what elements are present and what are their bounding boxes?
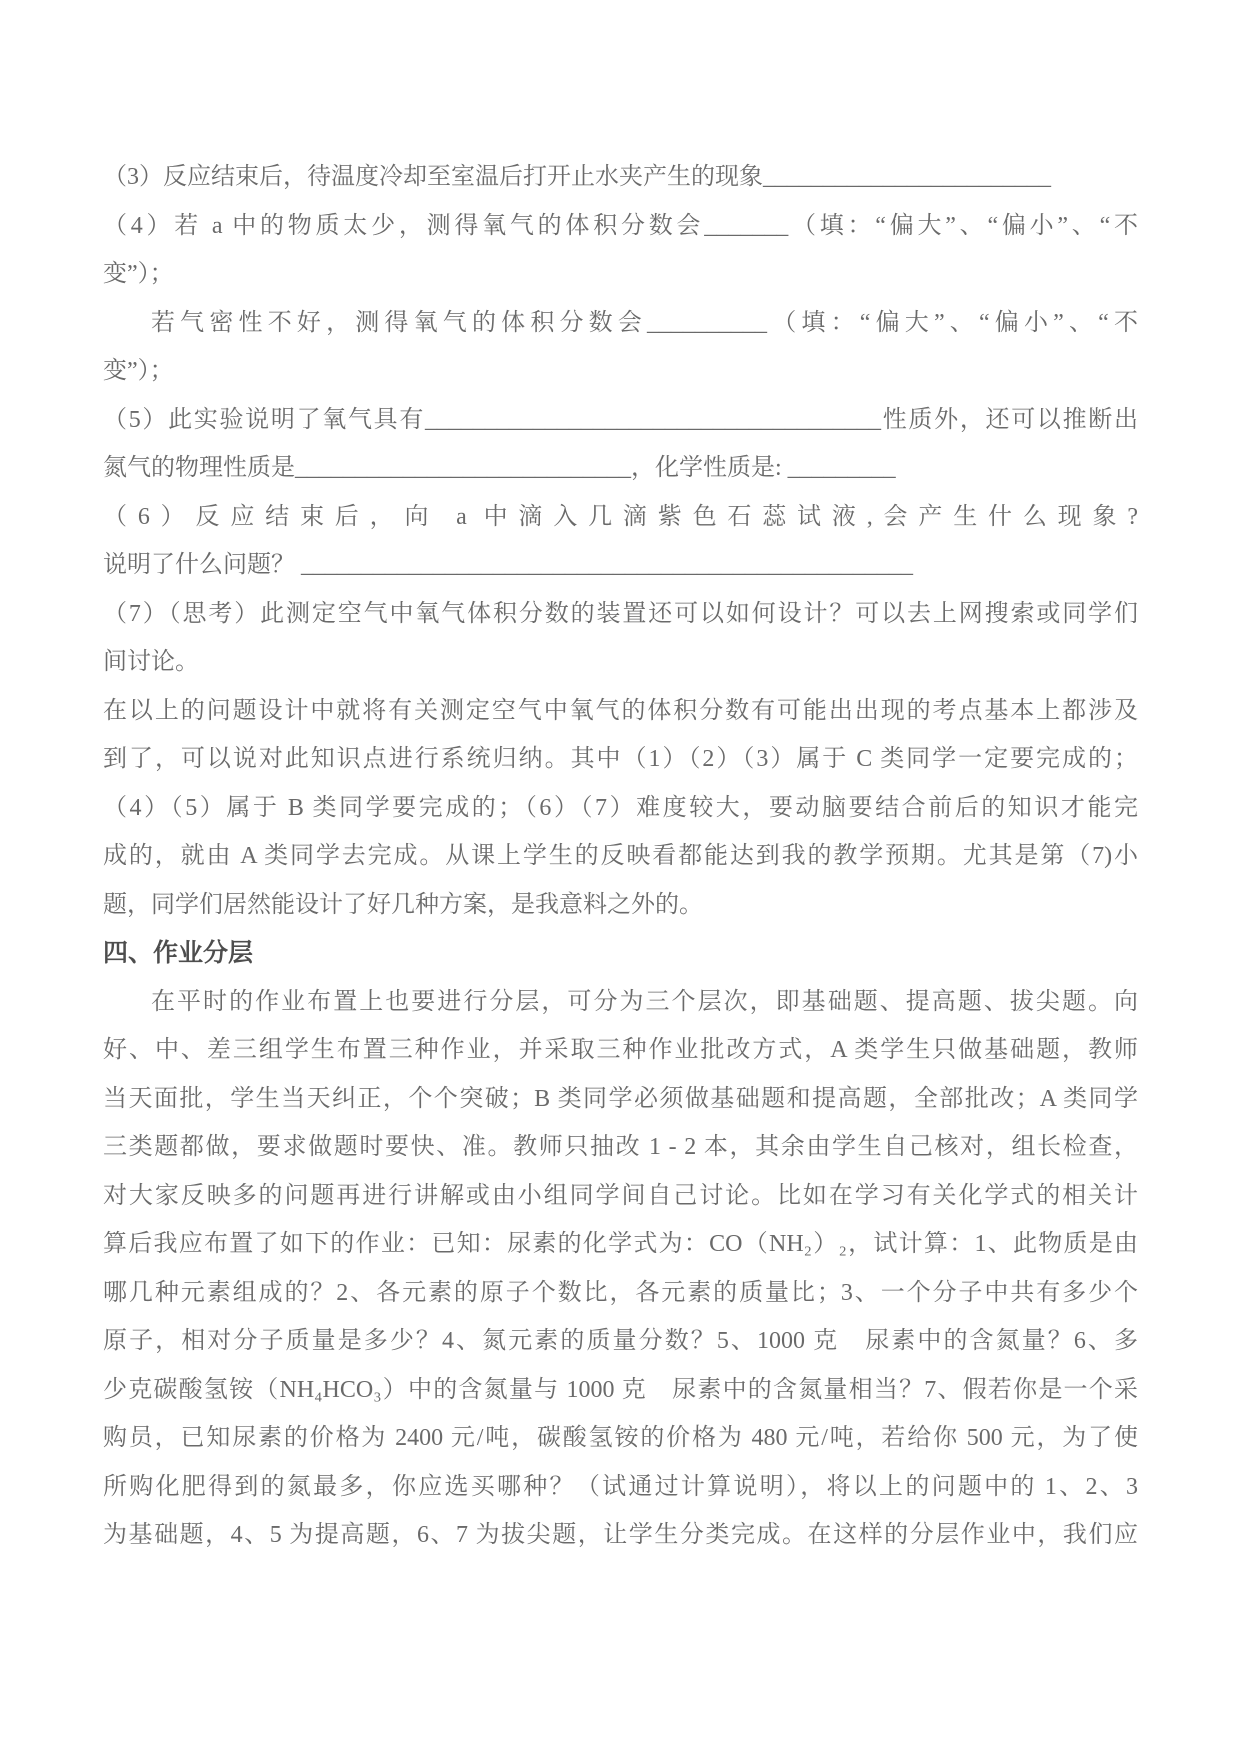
text-line: 三类题都做，要求做题时要快、准。教师只抽改 1 - 2 本，其余由学生自己核对，… — [103, 1123, 1138, 1172]
text-line: 当天面批，学生当天纠正，个个突破；B 类同学必须做基础题和提高题，全部批改；A … — [103, 1075, 1138, 1124]
text-line: 为基础题，4、5 为提高题，6、7 为拔尖题，让学生分类完成。在这样的分层作业中… — [103, 1511, 1138, 1560]
text-line: （4）（5）属于 B 类同学要完成的；（6）（7）难度较大，要动脑要结合前后的知… — [103, 784, 1138, 833]
text-line: 算后我应布置了如下的作业：已知：尿素的化学式为：CO（NH₂）₂，试计算：1、此… — [103, 1220, 1138, 1269]
text-line: 题，同学们居然能设计了好几种方案，是我意料之外的。 — [103, 881, 1138, 930]
text-line: 在平时的作业布置上也要进行分层，可分为三个层次，即基础题、提高题、拔尖题。向 — [103, 978, 1138, 1027]
document-content: （3）反应结束后，待温度冷却至室温后打开止水夹产生的现象____________… — [103, 153, 1138, 1560]
text-line: 成的，就由 A 类同学去完成。从课上学生的反映看都能达到我的教学预期。尤其是第（… — [103, 832, 1138, 881]
text-line: （5）此实验说明了氧气具有___________________________… — [103, 396, 1138, 445]
text-line: 在以上的问题设计中就将有关测定空气中氧气的体积分数有可能出出现的考点基本上都涉及 — [103, 687, 1138, 736]
text-line: 所购化肥得到的氮最多，你应选买哪种？（试通过计算说明），将以上的问题中的 1、2… — [103, 1463, 1138, 1512]
text-line: （4）若 a 中的物质太少，测得氧气的体积分数会_______（填：“偏大”、“… — [103, 202, 1138, 251]
text-line: 到了，可以说对此知识点进行系统归纳。其中（1）（2）（3）属于 C 类同学一定要… — [103, 735, 1138, 784]
text-line: 若气密性不好，测得氧气的体积分数会__________（填：“偏大”、“偏小”、… — [103, 299, 1138, 348]
text-line: 好、中、差三组学生布置三种作业，并采取三种作业批改方式，A 类学生只做基础题，教… — [103, 1026, 1138, 1075]
text-line: 少克碳酸氢铵（NH₄HCO₃）中的含氮量与 1000 克 尿素中的含氮量相当？7… — [103, 1366, 1138, 1415]
text-line: （3）反应结束后，待温度冷却至室温后打开止水夹产生的现象____________… — [103, 153, 1138, 202]
text-line: 哪几种元素组成的？2、各元素的原子个数比，各元素的质量比；3、一个分子中共有多少… — [103, 1269, 1138, 1318]
text-line: 购员，已知尿素的价格为 2400 元/吨，碳酸氢铵的价格为 480 元/吨，若给… — [103, 1414, 1138, 1463]
text-line: 说明了什么问题？ _______________________________… — [103, 541, 1138, 590]
text-line: 氮气的物理性质是____________________________，化学性… — [103, 444, 1138, 493]
text-line: （6）反应结束后，向 a 中滴入几滴紫色石蕊试液,会产生什么现象?_______… — [103, 493, 1138, 542]
text-line: （7）（思考）此测定空气中氧气体积分数的装置还可以如何设计？可以去上网搜索或同学… — [103, 590, 1138, 639]
document-page: （3）反应结束后，待温度冷却至室温后打开止水夹产生的现象____________… — [0, 0, 1241, 1754]
text-line: 变”）； — [103, 347, 1138, 396]
text-line: 间讨论。 — [103, 638, 1138, 687]
text-line: 对大家反映多的问题再进行讲解或由小组同学间自己讨论。比如在学习有关化学式的相关计 — [103, 1172, 1138, 1221]
text-line: 原子，相对分子质量是多少？4、氮元素的质量分数？5、1000 克 尿素中的含氮量… — [103, 1317, 1138, 1366]
text-line: 变”）； — [103, 250, 1138, 299]
section-heading: 四、作业分层 — [103, 929, 1138, 978]
